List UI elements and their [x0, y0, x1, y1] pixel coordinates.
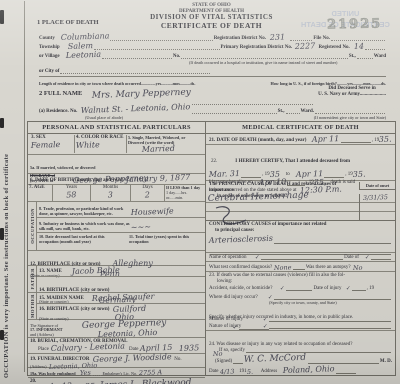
mother-birthplace-row: 16. BIRTHPLACE (city or town) Guilford (…	[37, 304, 205, 319]
nature-label: Nature of injury	[209, 324, 241, 330]
embalmed-label: 19a. Was body embalmed	[30, 371, 76, 376]
full-name-value: Mrs. Mary Pepperney	[92, 89, 191, 101]
place-section: County Columbiana Registration District …	[39, 32, 386, 120]
length-of-residence-row: Length of residence in city or town wher…	[39, 77, 386, 86]
color-race-value: White	[76, 140, 125, 150]
if-so-specify-label: If so, specify	[219, 348, 245, 354]
medical-title: MEDICAL CERTIFICATE OF DEATH	[206, 122, 395, 134]
filed-row: 20. FILED 4 - 13 19 35 James L. Blackwoo…	[28, 378, 205, 384]
sex-value: Female	[31, 141, 73, 150]
operation-date-check-mark: ✓	[365, 255, 370, 261]
md-label: M. D.	[380, 359, 392, 365]
father-name-row: 13. NAME Jacob Bable	[37, 266, 205, 277]
date-of-death-row: 21. DATE OF DEATH (month, day, and year)…	[206, 134, 395, 145]
contributory-block: CONTRIBUTORY CAUSES of importance not re…	[206, 221, 395, 253]
hospital-note: (If death occurred in a hospital or inst…	[189, 60, 337, 65]
age-months-value: 3	[92, 191, 129, 200]
signed-date-row: Date 4/13 191 5. Address Poland, Ohio	[206, 365, 395, 375]
industry-label: 9. Industry or business in which work wa…	[39, 221, 131, 231]
burial-row: 18. BURIAL, CREMATION, OR REMOVAL Place …	[28, 338, 205, 354]
age-row: 7. AGE Years 58 Months 3 Days 2 If LESS	[28, 185, 205, 201]
county-row: County Columbiana Registration District …	[39, 32, 386, 41]
mother-side-label: MOTHER	[28, 293, 37, 319]
township-label: Township	[39, 45, 60, 51]
medical-column: MEDICAL CERTIFICATE OF DEATH 21. DATE OF…	[206, 122, 396, 375]
operation-label: Name of operation	[209, 255, 247, 261]
operation-row: Name of operation ✓ Date of ✓	[206, 253, 395, 262]
street-no-label: No.	[173, 54, 180, 60]
primary-registration-value: 2227	[295, 43, 316, 52]
trade-value: Housewife	[131, 207, 174, 216]
signed-date-value: 4/13	[220, 368, 235, 375]
signed-date-label: Date	[209, 369, 218, 375]
attended-from-value: Mar. 31	[209, 170, 240, 179]
date-of-death-value: Apr 11	[312, 135, 340, 144]
birthdate-label: 6. DATE OF BIRTH (month, day, and year)	[30, 178, 123, 184]
to-year-value: 35.	[352, 170, 365, 178]
test-value: None	[274, 264, 292, 271]
scan-edge-mark	[0, 10, 4, 24]
full-name-row: 2 FULL NAME Mrs. Mary Pepperney Did Dece…	[39, 86, 386, 105]
injury-nineteen-label: , 19	[367, 286, 375, 292]
length-of-residence-label: Length of residence in city or town wher…	[39, 81, 195, 86]
accident-label: Accident, suicide, or homicide?	[209, 286, 272, 292]
mother-block: MOTHER 15. MAIDEN NAME Rachel Snaufer 16…	[28, 293, 205, 320]
father-birthplace-row: 14. BIRTHPLACE (city or town) (State or …	[37, 277, 205, 292]
abode-note: (Usual place of abode)	[85, 115, 123, 120]
embalmed-row: 19a. Was body embalmed Yes Embalmer's Li…	[28, 368, 205, 378]
age-years-value: 58	[54, 191, 89, 200]
personal-title: PERSONAL AND STATISTICAL PARTICULARS	[28, 122, 205, 134]
age-min-label: or......min.	[166, 195, 204, 200]
spouse-row: 5a. If married, widowed, or divorced HUS…	[28, 155, 205, 174]
nonresident-note: (If nonresident give city or town and St…	[314, 115, 386, 120]
age-days-value: 2	[132, 191, 163, 200]
physician-signature-value: W. C. McCord	[244, 354, 307, 365]
occupation-question-row: 24. Was disease or injury in any way rel…	[206, 331, 395, 346]
mother-name-row: 15. MAIDEN NAME Rachel Snaufer	[37, 293, 205, 304]
sex-color-marital-row: 3. SEX Female 4. COLOR OR RACE White 5. …	[28, 134, 205, 155]
date-of-onset-header: Date of onset	[359, 182, 395, 190]
autopsy-label: Was there an autopsy?	[306, 265, 351, 271]
registered-no-value: 14	[354, 43, 364, 51]
signed-year-prefix: 191	[239, 369, 247, 375]
file-no-label: File No.	[313, 36, 330, 42]
registration-district-value: 231	[270, 34, 286, 43]
where-injury-label: Where did injury occur?	[209, 295, 258, 301]
margin-note-vertical: OCCUPATION is very important. See instru…	[3, 96, 19, 378]
operation-date-label: Date of	[344, 255, 359, 261]
burial-place-value: Calvary - Leetonia	[51, 343, 125, 354]
served-label-2: U. S. Navy or Army.....................	[318, 92, 386, 98]
certify-no: 22.	[211, 159, 217, 164]
residence-ward-label: Ward.	[301, 109, 314, 115]
total-time-label: 11. Total time (years) spent in this occ…	[123, 234, 203, 249]
two-column-body: PERSONAL AND STATISTICAL PARTICULARS 3. …	[27, 121, 396, 376]
certify-intro: I HEREBY CERTIFY, That I attended deceas…	[235, 159, 350, 164]
burial-place-label: Place	[38, 347, 49, 353]
birthplace-row: 12. BIRTHPLACE (city or town) Allegheny …	[28, 251, 205, 266]
residence-row: (a) Residence. No. Walnut St. - Leetonia…	[39, 105, 386, 114]
trade-row: 8. Trade, profession, or particular kind…	[37, 202, 205, 218]
city-row: or City of	[39, 65, 386, 74]
father-block: FATHER 13. NAME Jacob Bable 14. BIRTHPLA…	[28, 266, 205, 293]
registrar-signature-value: James L. Blackwood	[99, 379, 191, 384]
ward-label: Ward	[374, 54, 386, 60]
marital-value: Married	[142, 144, 202, 154]
burial-date-label: Date	[129, 347, 138, 353]
personal-column: PERSONAL AND STATISTICAL PARTICULARS 3. …	[28, 122, 206, 375]
industry-row: 9. Industry or business in which work wa…	[37, 218, 205, 233]
operation-check-mark: ✓	[254, 255, 259, 261]
signed-row: (Signed) W. C. McCord M. D.	[206, 354, 395, 365]
date-of-death-year: 35.	[379, 136, 392, 144]
birthdate-value: January 9, 1877	[126, 174, 191, 184]
embalmer-lic-label: Embalmer's Lic. No.	[102, 371, 137, 376]
to-year-prefix: , 19	[345, 172, 353, 178]
specify-injury-row: Specify whether injury occurred in indus…	[206, 304, 395, 315]
nature-row: Nature of injury ✓	[206, 323, 395, 331]
registered-no-label: Registered No.	[319, 45, 350, 51]
last-worked-row: 10. Date deceased last worked at this oc…	[37, 233, 205, 250]
principal-cause-area: Cerebral Hemorrhage 3/31/35	[206, 194, 395, 221]
manner-label: Manner of injury	[209, 317, 243, 323]
occupation-side-label: OCCUPATION	[28, 202, 37, 250]
trade-label: 8. Trade, profession, or particular kind…	[39, 206, 131, 216]
external-causes-header: 23. If death was due to external causes …	[206, 272, 395, 283]
village-row: or Village Leetonia No. St., Ward	[39, 50, 386, 59]
autopsy-value: No	[352, 265, 362, 272]
test-autopsy-row: What test confirmed diagnosis? None Was …	[206, 262, 395, 272]
birthdate-row: 6. DATE OF BIRTH (month, day, and year) …	[28, 174, 205, 185]
embalmer-lic-value: 2755 A	[139, 369, 163, 376]
where-injury-row: Where did injury occur? ✓ (Specify city …	[206, 292, 395, 304]
nature-check-mark: ✓	[263, 324, 268, 330]
village-label: or Village	[39, 54, 60, 60]
mother-name-label: 15. MAIDEN NAME	[39, 296, 84, 302]
occupation-block: OCCUPATION 8. Trade, profession, or part…	[28, 202, 205, 251]
full-name-label: 2 FULL NAME	[39, 90, 82, 97]
date-of-death-label: 21. DATE OF DEATH (month, day, and year)	[209, 138, 306, 144]
signed-address-label: Address	[261, 369, 277, 375]
place-of-death-label: 1 PLACE OF DEATH	[37, 19, 99, 26]
informant-row: The Signature of 17. INFORMANT and (Addr…	[28, 320, 205, 338]
residence-label: (a) Residence. No.	[39, 109, 77, 115]
file-number-stamp: 21925	[327, 17, 382, 33]
signed-year-value: 5.	[246, 369, 252, 376]
mother-birthplace-label: 16. BIRTHPLACE (city or town)	[39, 307, 109, 313]
township-row: Township Salem Primary Registration Dist…	[39, 41, 386, 50]
contributory-label-2: to principal cause:	[215, 228, 392, 234]
age-label: 7. AGE	[29, 185, 51, 191]
spouse-label-1: 5a. If married, widowed, or divorced	[30, 165, 95, 170]
principal-cause-value: Cerebral Hemorrhage	[208, 192, 309, 205]
primary-registration-label: Primary Registration District No.	[221, 45, 293, 51]
embalmed-value: Yes	[79, 370, 90, 377]
principal-onset-value: 3/31/35	[363, 195, 388, 202]
filed-label: 20. FILED	[30, 379, 45, 384]
contributory-value: Arteriosclerosis	[209, 235, 273, 245]
mother-name-value: Rachel Snaufer	[92, 292, 155, 302]
father-name-value: Jacob Bable	[72, 266, 120, 276]
funeral-director-row: 19. FUNERAL DIRECTOR George J. Woodside …	[28, 354, 205, 368]
test-label: What test confirmed diagnosis?	[209, 265, 272, 271]
to-label: to	[286, 172, 290, 178]
industry-ditto-value: ~~~	[131, 223, 151, 232]
accident-row: Accident, suicide, or homicide? ✓ Date o…	[206, 283, 395, 292]
residence-st-label: St.,	[278, 109, 285, 115]
certificate-form: STATE OF OHIO DEPARTMENT OF HEALTH DIVIS…	[24, 1, 396, 372]
city-label: or City of	[39, 69, 59, 75]
funeral-no-label: No.	[174, 357, 181, 363]
certify-block: 22. I HEREBY CERTIFY, That I attended de…	[206, 145, 395, 181]
registration-district-label: Registration District No.	[214, 36, 266, 42]
signed-label: (Signed)	[215, 359, 232, 365]
last-worked-label: 10. Date deceased last worked at this oc…	[39, 234, 123, 249]
burial-year-value: 1935	[179, 345, 200, 354]
injury-date-label: Date of injury	[313, 286, 341, 292]
scanned-certificate: OCCUPATION is very important. See instru…	[0, 0, 400, 384]
county-label: County	[39, 36, 55, 42]
signed-address-value: Poland, Ohio	[283, 366, 335, 376]
where-check-mark: ✓	[268, 295, 273, 301]
st-label: St.,	[349, 54, 356, 60]
father-name-label: 13. NAME	[39, 269, 62, 275]
